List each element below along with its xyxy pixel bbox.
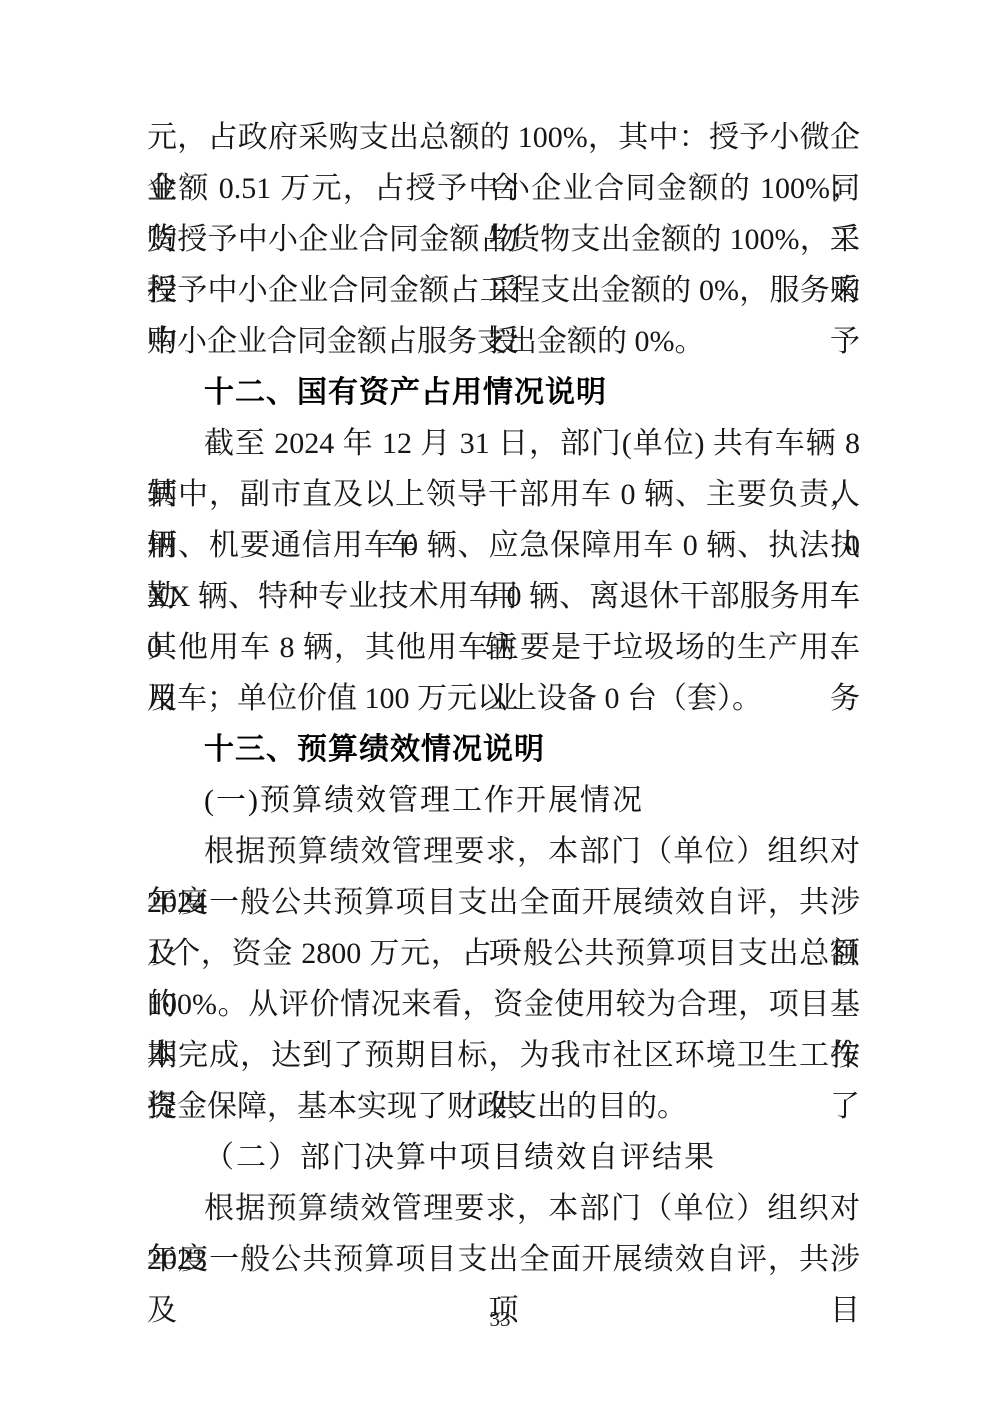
body-line: 期完成，达到了预期目标，为我市社区环境卫生工作提供了 — [147, 1030, 860, 1081]
body-line: 年度一般公共预算项目支出全面开展绩效自评，共涉及项目 — [147, 877, 860, 928]
page-number: 33 — [0, 1305, 1000, 1333]
body-line: 截至 2024 年 12 月 31 日，部门(单位) 共有车辆 8 辆， — [147, 418, 860, 469]
body-line: 购授予中小企业合同金额占货物支出金额的 100%，工程采购 — [147, 214, 860, 265]
section-heading-12: 十二、国有资产占用情况说明 — [147, 367, 860, 418]
body-line: 根据预算绩效管理要求，本部门（单位）组织对 2023 — [147, 1183, 860, 1234]
body-line: 其中，副市直及以上领导干部用车 0 辆、主要负责人用车 0 — [147, 469, 860, 520]
document-page: 元，占政府采购支出总额的 100%，其中：授予小微企业合同 金额 0.51 万元… — [0, 0, 1000, 1414]
body-line: 授予中小企业合同金额占工程支出金额的 0%，服务采购授予 — [147, 265, 860, 316]
body-line: XX 辆、特种专业技术用车 0 辆、离退休干部服务用车 0 辆、 — [147, 571, 860, 622]
body-line: 元，占政府采购支出总额的 100%，其中：授予小微企业合同 — [147, 112, 860, 163]
subsection-heading-2: （二）部门决算中项目绩效自评结果 — [147, 1132, 860, 1183]
body-line: 年度一般公共预算项目支出全面开展绩效自评，共涉及项目 — [147, 1234, 860, 1285]
section-heading-13: 十三、预算绩效情况说明 — [147, 724, 860, 775]
subsection-heading-1: (一)预算绩效管理工作开展情况 — [147, 775, 860, 826]
body-line: 用车；单位价值 100 万元以上设备 0 台（套）。 — [147, 673, 860, 724]
body-line: 其他用车 8 辆，其他用车主要是于垃圾场的生产用车及业务 — [147, 622, 860, 673]
body-line: 1 个，资金 2800 万元，占一般公共预算项目支出总额的 — [147, 928, 860, 979]
body-line: 辆、机要通信用车 0 辆、应急保障用车 0 辆、执法执勤用车 — [147, 520, 860, 571]
body-line: 金额 0.51 万元，占授予中小企业合同金额的 100%；货物采 — [147, 163, 860, 214]
body-line: 根据预算绩效管理要求，本部门（单位）组织对 2024 — [147, 826, 860, 877]
body-line: 100%。从评价情况来看，资金使用较为合理，项目基本按 — [147, 979, 860, 1030]
document-body: 元，占政府采购支出总额的 100%，其中：授予小微企业合同 金额 0.51 万元… — [147, 112, 860, 1285]
